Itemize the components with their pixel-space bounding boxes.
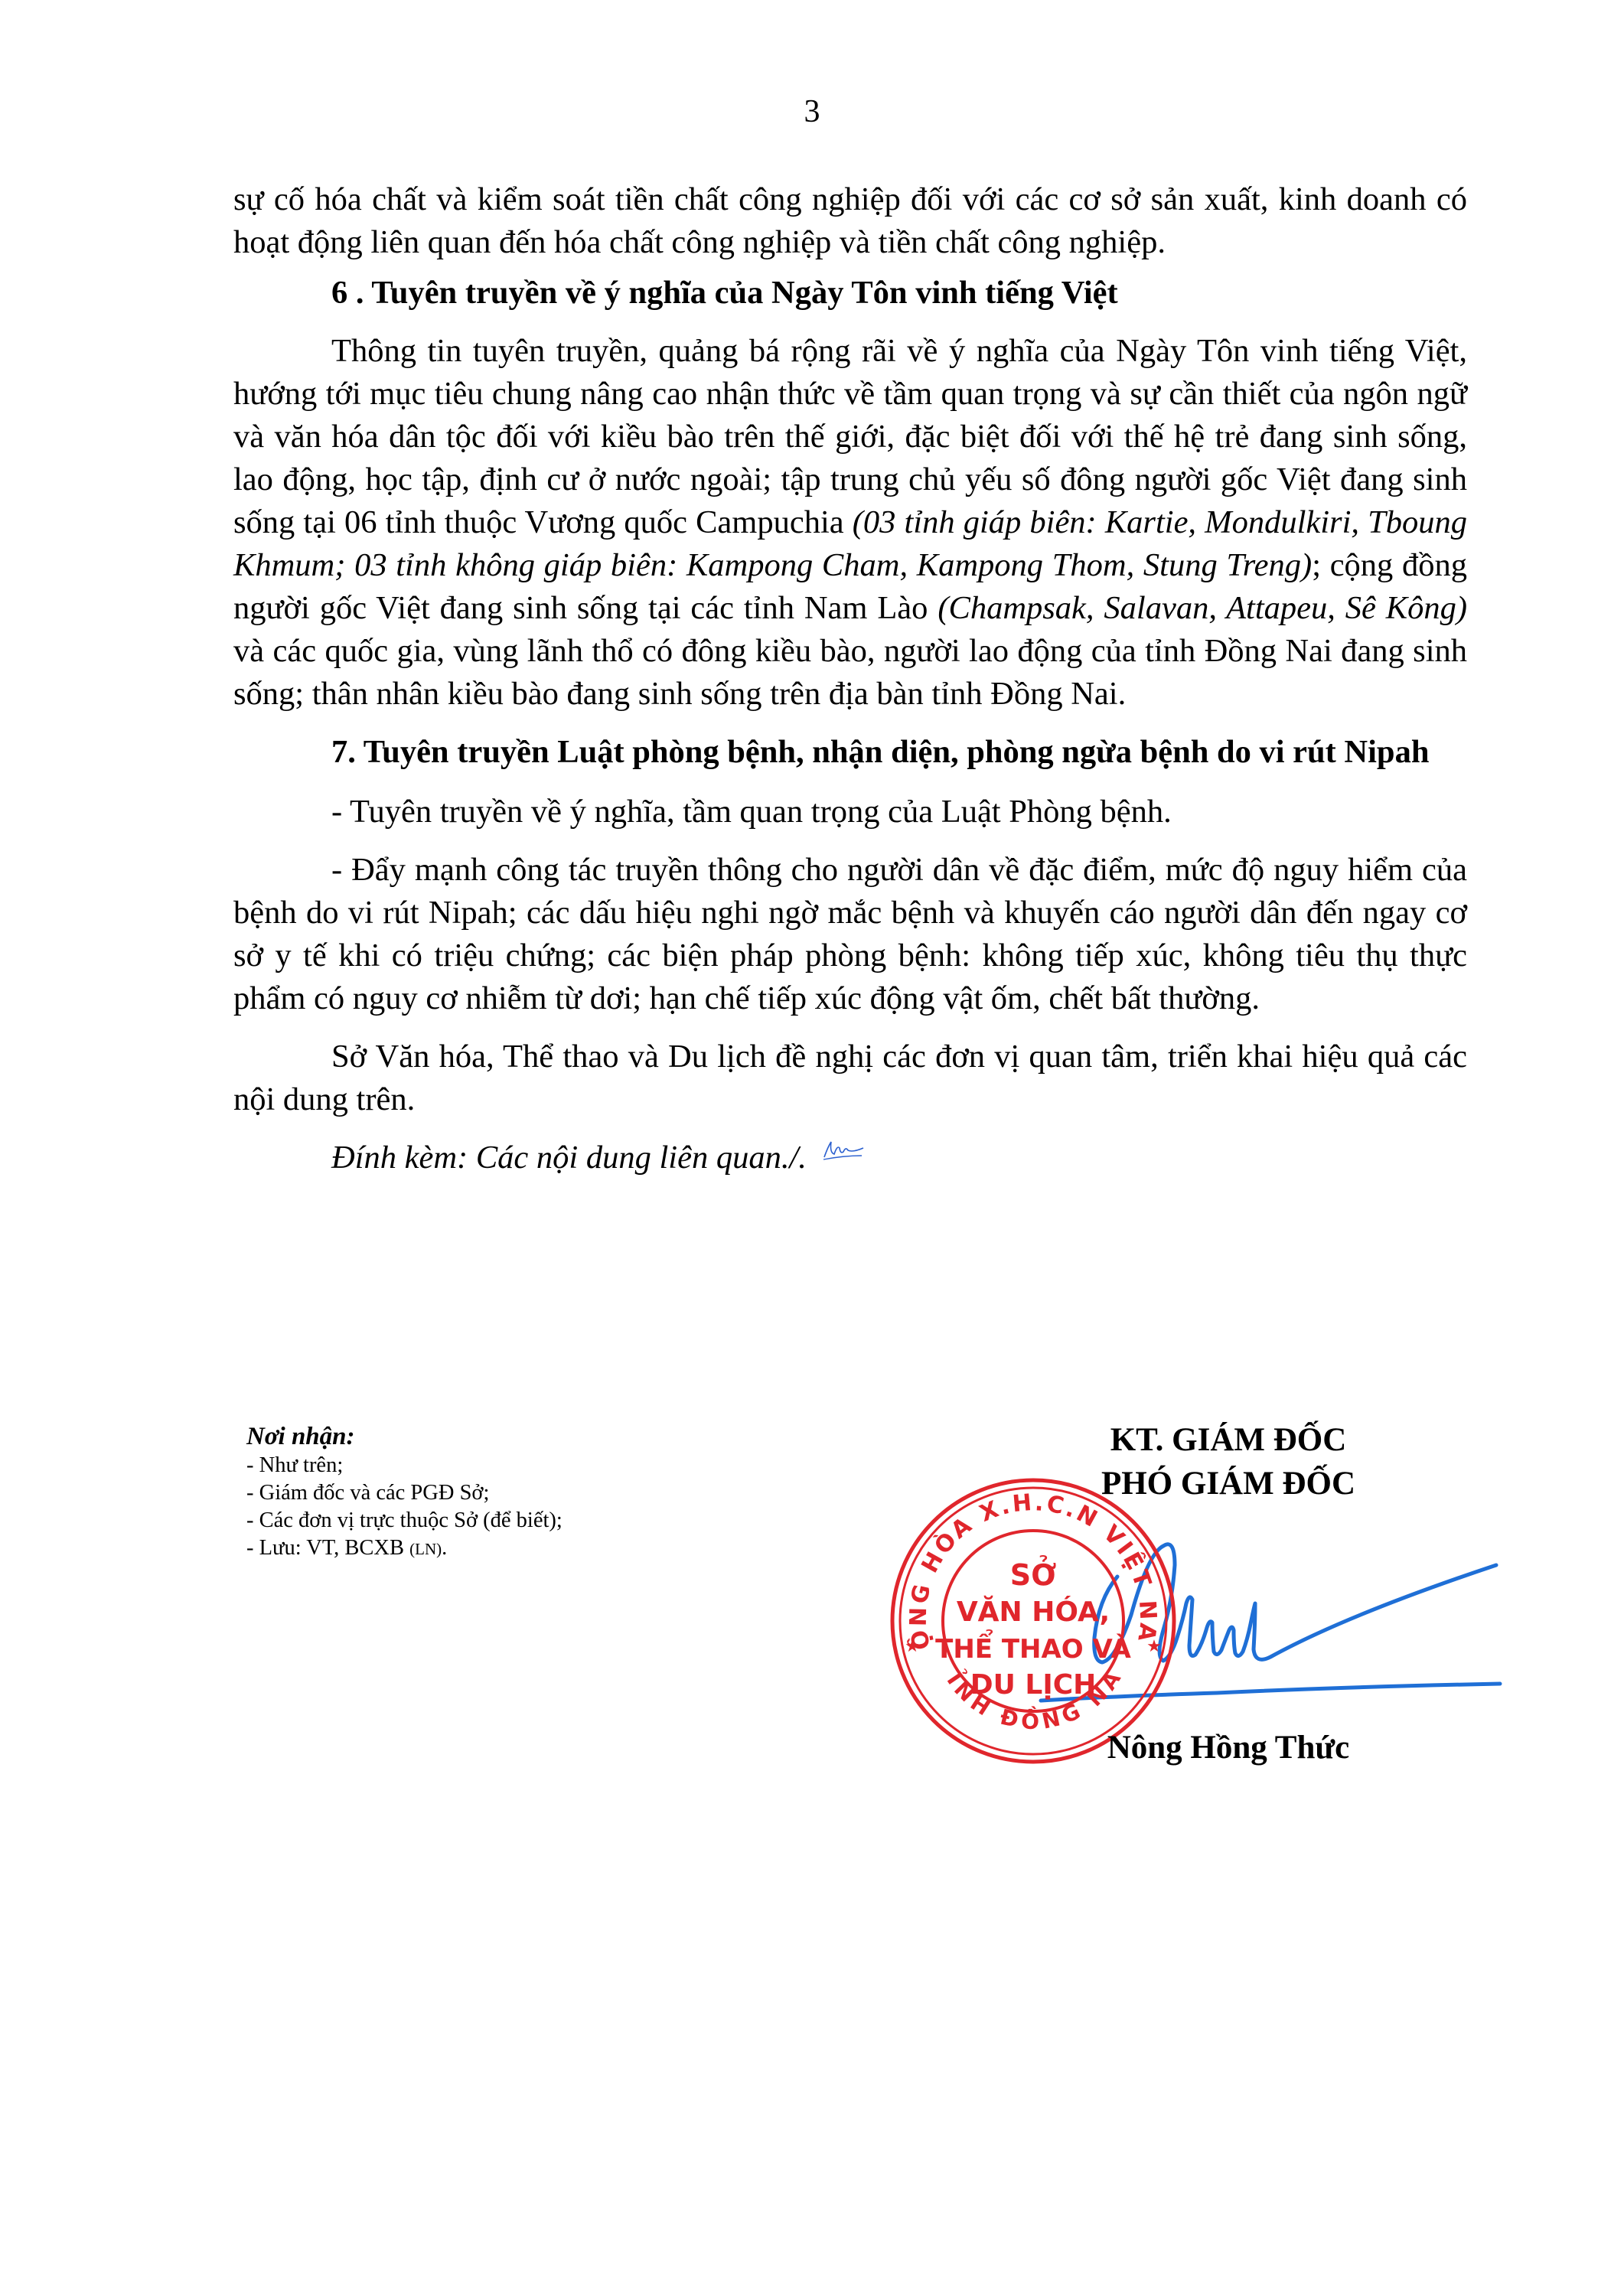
star-icon: ★	[1146, 1637, 1162, 1656]
recipients-title: Nơi nhận:	[246, 1421, 563, 1452]
recipient-item: - Các đơn vị trực thuộc Sở (để biết);	[246, 1507, 563, 1534]
document-body: sự cố hóa chất và kiểm soát tiền chất cô…	[233, 178, 1467, 1179]
stamp-line-4: DU LỊCH	[970, 1669, 1097, 1701]
section-6-text-e: và các quốc gia, vùng lãnh thổ có đông k…	[233, 633, 1467, 712]
section-6-laos-provinces: (Champsak, Salavan, Attapeu, Sê Kông)	[938, 590, 1467, 626]
stamp-line-3: THỂ THAO VÀ	[935, 1629, 1131, 1665]
paragraph-continued: sự cố hóa chất và kiểm soát tiền chất cô…	[233, 178, 1467, 264]
closing-paragraph: Sở Văn hóa, Thể thao và Du lịch đề nghị …	[233, 1035, 1467, 1121]
stamp-line-1: SỞ	[1010, 1555, 1057, 1592]
signer-name: Nông Hồng Thức	[1033, 1726, 1423, 1769]
official-stamp-icon: CỘNG HÒA X.H.C.N VIỆT NAM TỈNH ĐỒNG NAI …	[888, 1476, 1179, 1766]
section-7-item-1: - Tuyên truyền về ý nghĩa, tầm quan trọn…	[233, 791, 1467, 833]
section-7-heading: 7. Tuyên truyền Luật phòng bệnh, nhận di…	[233, 731, 1467, 774]
page-number: 3	[0, 90, 1624, 133]
recipient-item: - Như trên;	[246, 1452, 563, 1479]
attachment-note: Đính kèm: Các nội dung liên quan./.	[233, 1137, 1467, 1179]
section-6-heading: 6 . Tuyên truyền về ý nghĩa của Ngày Tôn…	[233, 272, 1467, 315]
initial-mark-icon	[820, 1139, 866, 1162]
archive-end: .	[442, 1536, 447, 1560]
signature-title-1: KT. GIÁM ĐỐC	[1033, 1418, 1423, 1462]
recipients-block: Nơi nhận: - Như trên; - Giám đốc và các …	[246, 1421, 563, 1563]
archive-initials: (LN)	[409, 1540, 442, 1558]
attachment-text: Đính kèm: Các nội dung liên quan./.	[331, 1140, 807, 1176]
archive-text: - Lưu: VT, BCXB	[246, 1536, 409, 1560]
section-6-paragraph: Thông tin tuyên truyền, quảng bá rộng rã…	[233, 330, 1467, 716]
section-7-item-2: - Đẩy mạnh công tác truyền thông cho ngư…	[233, 849, 1467, 1020]
recipient-item-archive: - Lưu: VT, BCXB (LN).	[246, 1534, 563, 1563]
star-icon: ★	[905, 1637, 920, 1656]
recipient-item: - Giám đốc và các PGĐ Sở;	[246, 1479, 563, 1507]
stamp-line-2: VĂN HÓA,	[957, 1595, 1110, 1628]
